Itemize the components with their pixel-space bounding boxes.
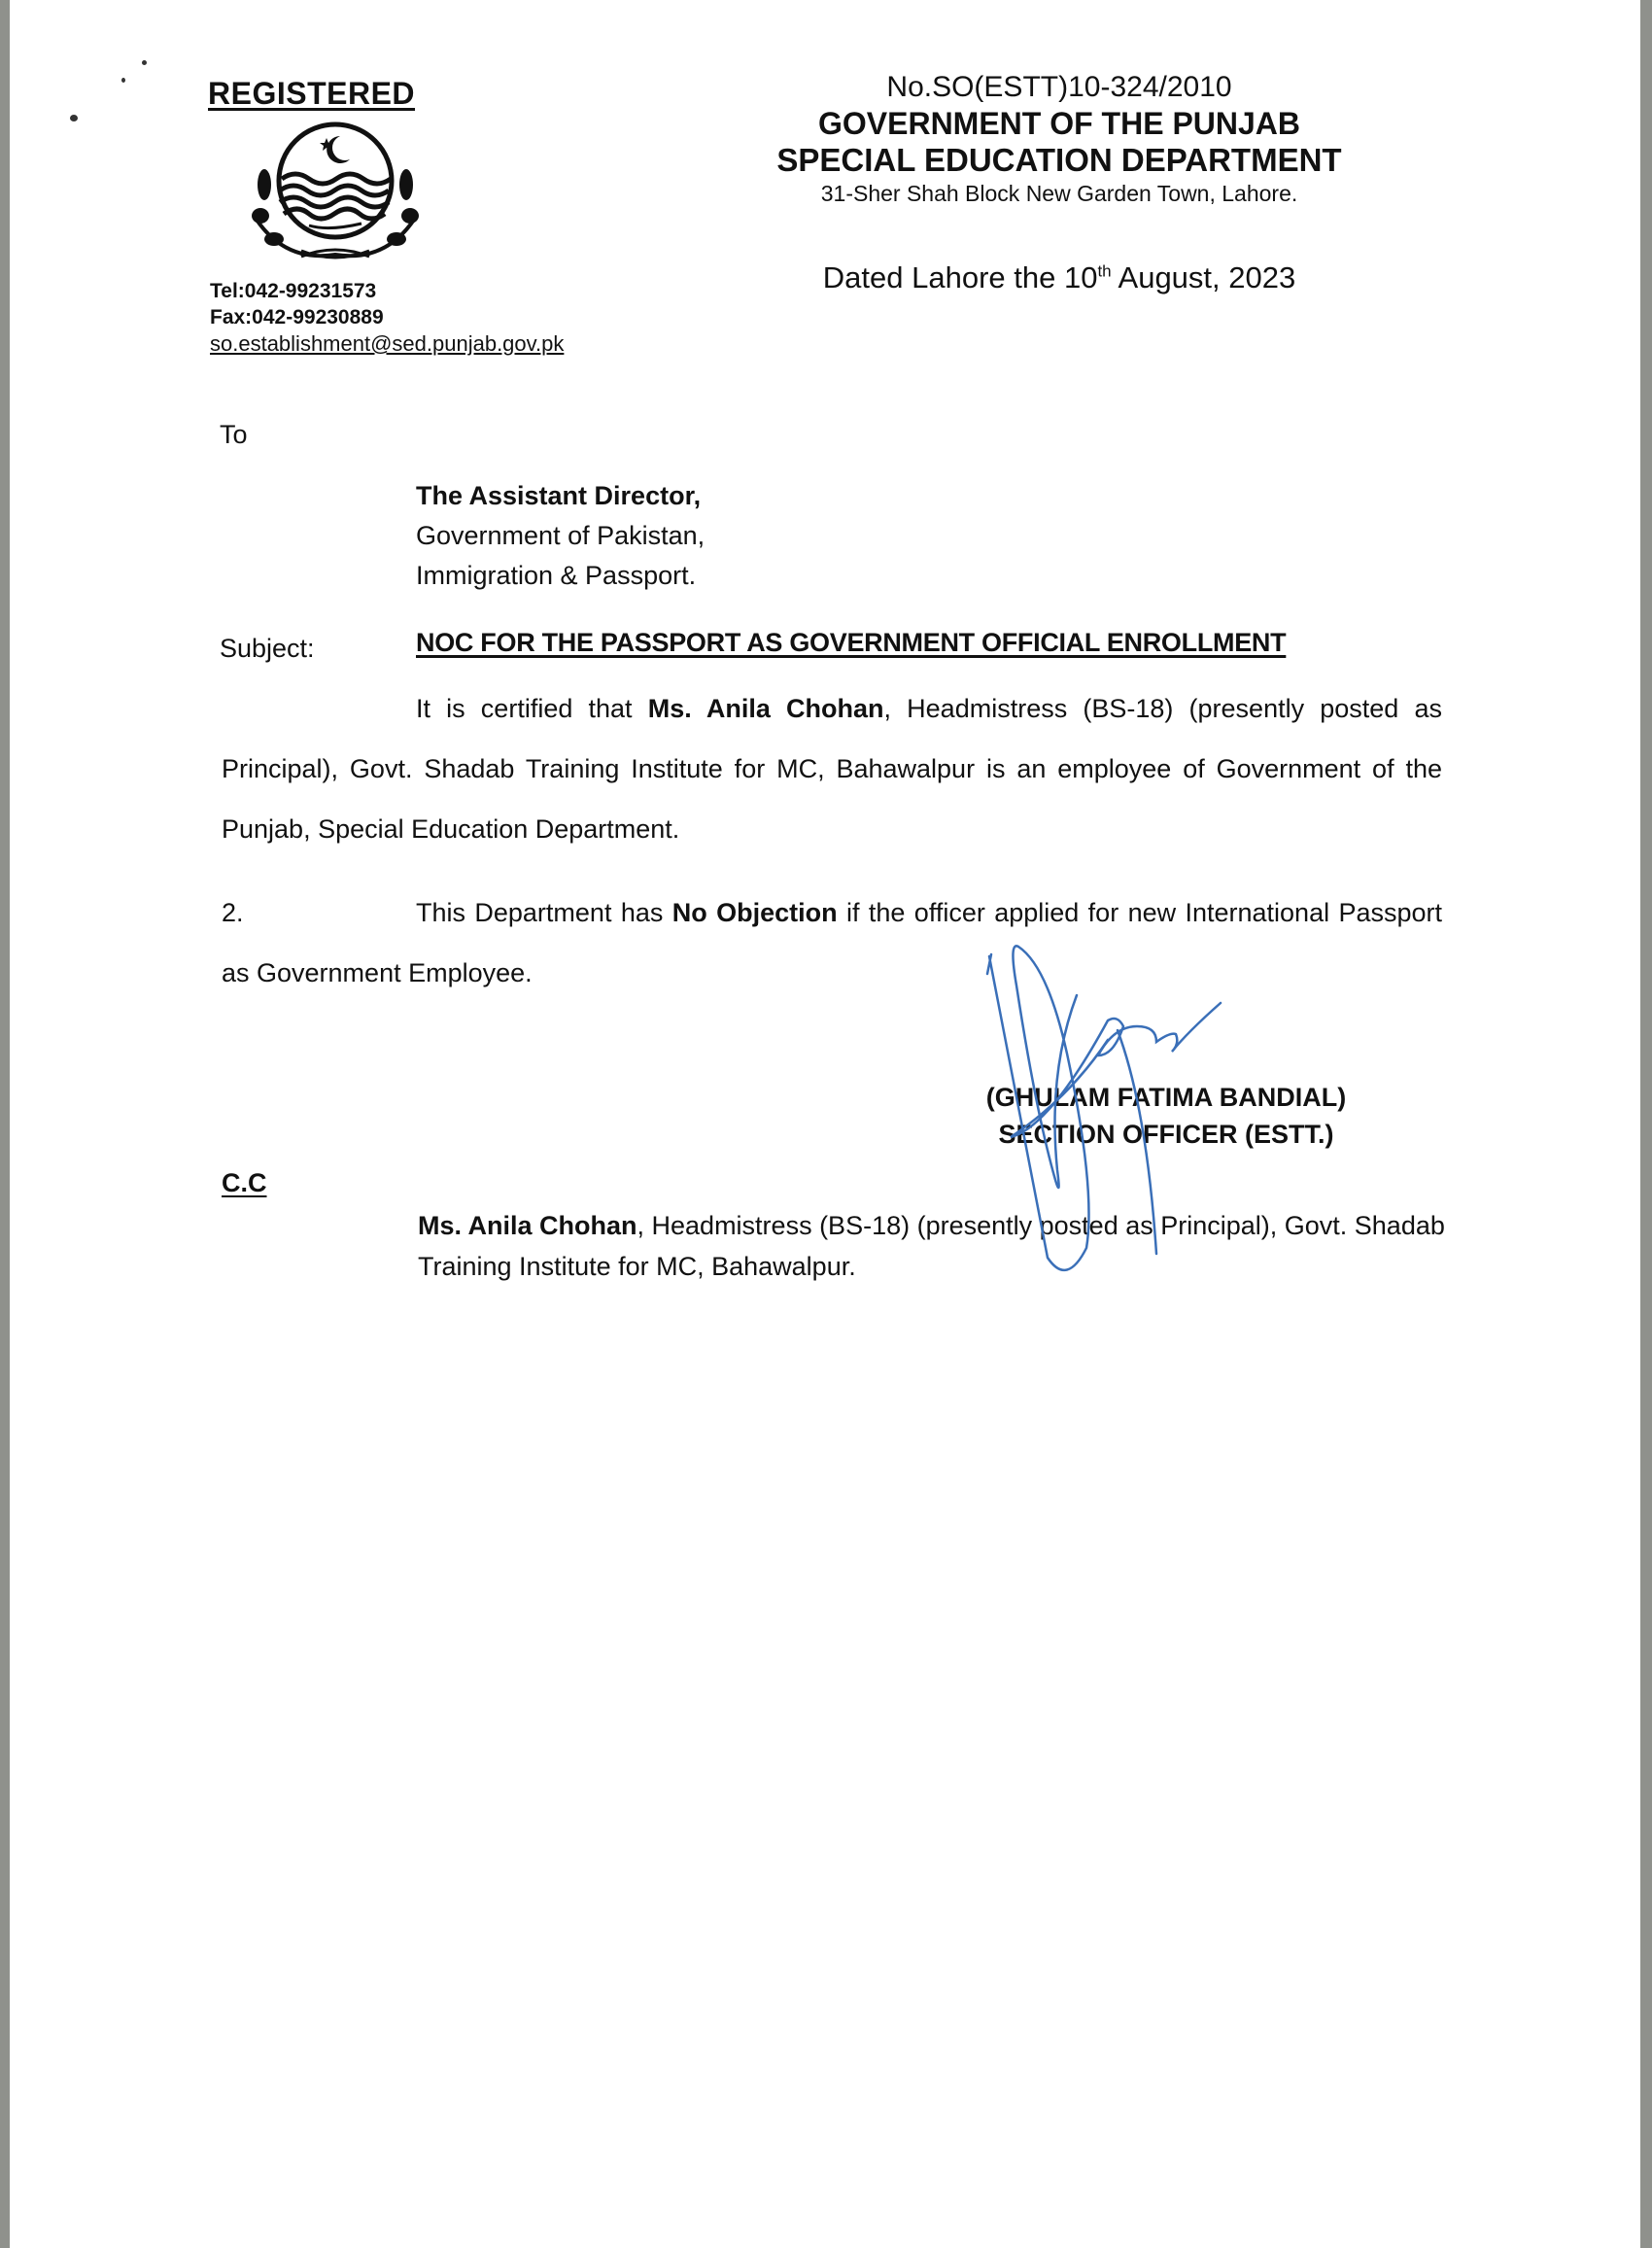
contact-info: Tel:042-99231573 Fax:042-99230889 so.est… <box>210 278 564 358</box>
email-link[interactable]: so.establishment@sed.punjab.gov.pk <box>210 331 564 356</box>
cc-label: C.C <box>222 1168 267 1198</box>
cc-name: Ms. Anila Chohan <box>418 1211 637 1240</box>
letter-date: Dated Lahore the 10th August, 2023 <box>729 260 1390 295</box>
subject-label: Subject: <box>220 634 315 664</box>
employee-name: Ms. Anila Chohan <box>648 694 884 723</box>
reference-number: No.SO(ESTT)10-324/2010 <box>729 70 1390 105</box>
scan-speck <box>70 115 78 121</box>
recipient-line-2: Government of Pakistan, <box>416 516 705 556</box>
cc-recipient: Ms. Anila Chohan, Headmistress (BS-18) (… <box>418 1205 1448 1287</box>
fax: Fax:042-99230889 <box>210 304 564 330</box>
signatory-block: (GHULAM FATIMA BANDIAL) SECTION OFFICER … <box>923 1079 1409 1153</box>
date-prefix: Dated Lahore the 10 <box>823 260 1098 294</box>
recipient-address: The Assistant Director, Government of Pa… <box>416 476 705 596</box>
signatory-designation: SECTION OFFICER (ESTT.) <box>923 1116 1409 1153</box>
department-name: SPECIAL EDUCATION DEPARTMENT <box>729 142 1390 179</box>
to-label: To <box>220 420 248 450</box>
paragraph-2-intro: This Department has <box>416 898 672 927</box>
date-suffix: August, 2023 <box>1112 260 1296 294</box>
punjab-emblem-icon <box>243 115 428 270</box>
letterhead-header: No.SO(ESTT)10-324/2010 GOVERNMENT OF THE… <box>729 70 1390 208</box>
scanned-letter-page: REGISTERED Tel:042-99231573 Fax:042-9923… <box>10 0 1640 2248</box>
paragraph-2: 2.This Department has No Objection if th… <box>222 882 1442 1003</box>
date-ordinal: th <box>1097 262 1111 281</box>
registered-label: REGISTERED <box>208 76 415 112</box>
recipient-title: The Assistant Director, <box>416 476 705 516</box>
recipient-line-3: Immigration & Passport. <box>416 556 705 596</box>
department-address: 31-Sher Shah Block New Garden Town, Laho… <box>729 179 1390 208</box>
paragraph-2-number: 2. <box>222 882 416 943</box>
signatory-name: (GHULAM FATIMA BANDIAL) <box>923 1079 1409 1116</box>
no-objection-text: No Objection <box>672 898 838 927</box>
scan-speck <box>142 60 147 65</box>
subject-text: NOC FOR THE PASSPORT AS GOVERNMENT OFFIC… <box>416 628 1286 658</box>
paragraph-1-intro: It is certified that <box>416 694 648 723</box>
paragraph-1: It is certified that Ms. Anila Chohan, H… <box>222 678 1442 859</box>
telephone: Tel:042-99231573 <box>210 278 564 304</box>
scan-speck <box>121 78 125 83</box>
government-name: GOVERNMENT OF THE PUNJAB <box>729 105 1390 142</box>
